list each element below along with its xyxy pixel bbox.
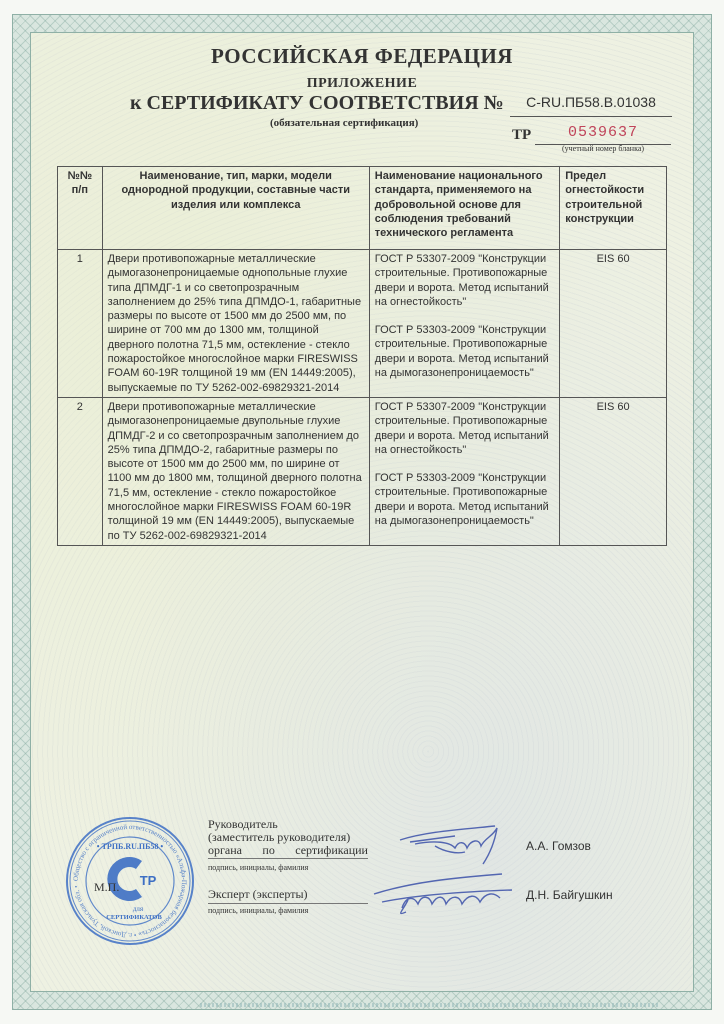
certificate-number: C-RU.ПБ58.В.01038 <box>510 94 672 110</box>
table-header-row: №№ п/п Наименование, тип, марки, модели … <box>58 167 667 250</box>
table-row: 1 Двери противопожарные металлические ды… <box>58 250 667 398</box>
certificate-number-field: C-RU.ПБ58.В.01038 <box>510 94 672 117</box>
country-title: РОССИЙСКАЯ ФЕДЕРАЦИЯ <box>0 44 724 69</box>
expert-name: Д.Н. Байгушкин <box>526 888 613 902</box>
row-number: 2 <box>58 397 103 545</box>
fire-limit: EIS 60 <box>560 397 667 545</box>
security-microtext <box>200 1003 660 1007</box>
form-number: 0539637 <box>535 124 671 141</box>
column-header-product: Наименование, тип, марки, модели однород… <box>102 167 369 250</box>
head-name: А.А. Гомзов <box>526 839 591 853</box>
certification-stamp: Общество с ограниченной ответственностью… <box>64 815 196 947</box>
form-number-field: 0539637 <box>535 124 671 145</box>
head-title-word: по <box>262 844 274 857</box>
standards-cell: ГОСТ Р 53307-2009 "Конструкции строитель… <box>369 397 559 545</box>
standard-item: ГОСТ Р 53303-2009 "Конструкции строитель… <box>375 323 554 380</box>
head-title-word: органа <box>208 844 242 857</box>
standard-item: ГОСТ Р 53307-2009 "Конструкции строитель… <box>375 252 554 309</box>
products-table: №№ п/п Наименование, тип, марки, модели … <box>57 166 667 546</box>
certification-type: (обязательная сертификация) <box>270 117 418 129</box>
certificate-title: к СЕРТИФИКАТУ СООТВЕТСТВИЯ № <box>130 92 504 115</box>
product-description: Двери противопожарные металлические дымо… <box>102 397 369 545</box>
tp-label: ТР <box>512 127 531 144</box>
standard-item: ГОСТ Р 53307-2009 "Конструкции строитель… <box>375 400 554 457</box>
head-signature <box>395 818 525 868</box>
column-header-number: №№ п/п <box>58 167 103 250</box>
appendix-title: ПРИЛОЖЕНИЕ <box>0 76 724 92</box>
standard-item: ГОСТ Р 53303-2009 "Конструкции строитель… <box>375 471 554 528</box>
expert-title: Эксперт (эксперты) <box>208 887 368 904</box>
fire-limit: EIS 60 <box>560 250 667 398</box>
signature-caption: подпись, инициалы, фамилия <box>208 861 368 874</box>
head-title-word: сертификации <box>295 844 368 857</box>
stamp-id: • ТРПБ.RU.ПБ58 • <box>97 842 164 851</box>
stamp-place-label: М.П. <box>94 880 119 895</box>
svg-text:Общество с ограниченной ответс: Общество с ограниченной ответственностью… <box>72 823 188 939</box>
standards-cell: ГОСТ Р 53307-2009 "Конструкции строитель… <box>369 250 559 398</box>
table-row: 2 Двери противопожарные металлические ды… <box>58 397 667 545</box>
column-header-fire-limit: Предел огнестойкости строительной констр… <box>560 167 667 250</box>
stamp-lower-text: для <box>133 905 144 913</box>
signature-caption: подпись, инициалы, фамилия <box>208 906 368 915</box>
expert-signature-block: Эксперт (эксперты) подпись, инициалы, фа… <box>208 887 368 915</box>
stamp-center-text: ТР <box>140 873 157 888</box>
expert-signature <box>372 868 522 918</box>
head-signature-block: Руководитель (заместитель руководителя) … <box>208 818 368 874</box>
head-title-line3: органа по сертификации <box>208 844 368 859</box>
form-number-caption: (учетный номер бланка) <box>535 144 671 153</box>
product-description: Двери противопожарные металлические дымо… <box>102 250 369 398</box>
stamp-lower-text-2: СЕРТИФИКАТОВ <box>106 914 162 921</box>
column-header-standard: Наименование национального стандарта, пр… <box>369 167 559 250</box>
row-number: 1 <box>58 250 103 398</box>
